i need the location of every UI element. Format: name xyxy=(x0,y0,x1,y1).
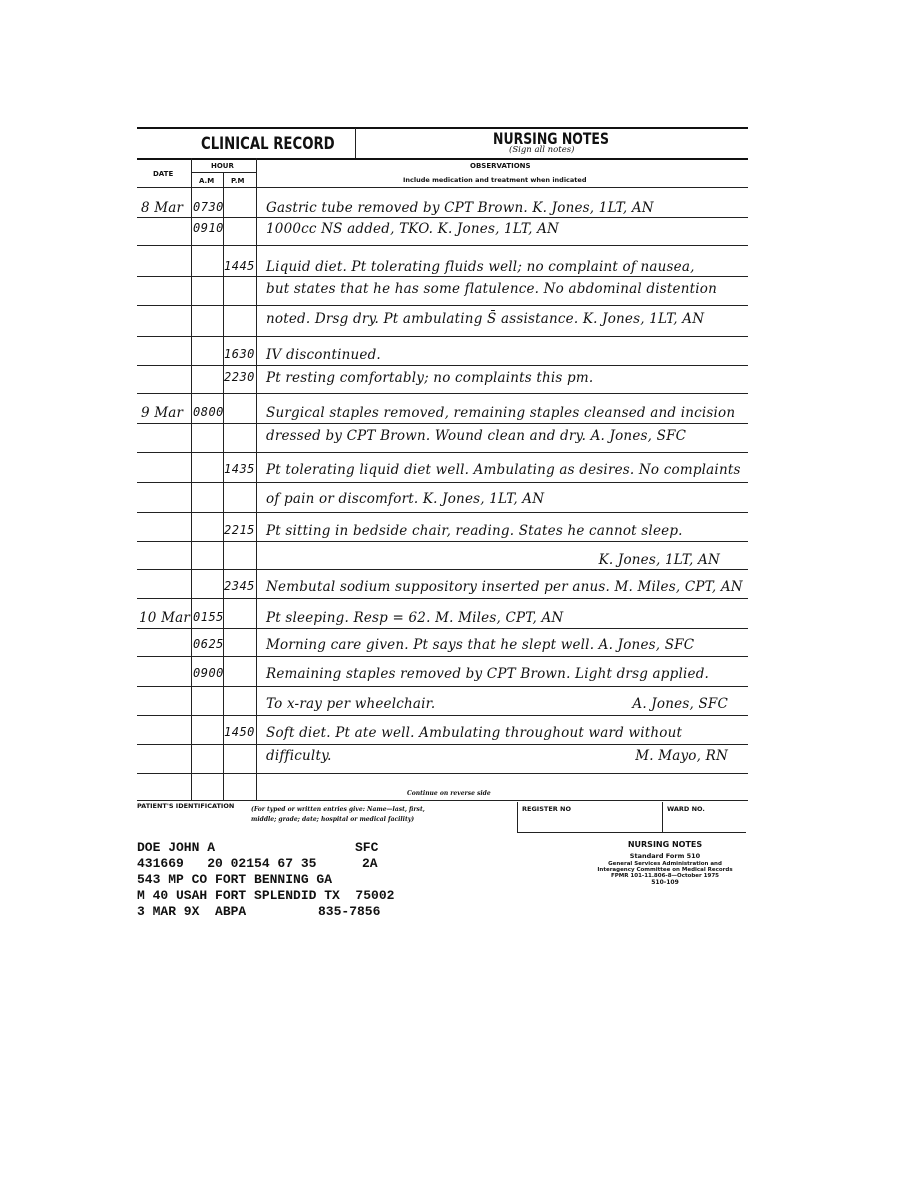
entry-observation: dressed by CPT Brown. Wound clean and dr… xyxy=(266,428,686,444)
row-divider xyxy=(137,423,748,424)
row-divider xyxy=(137,541,748,542)
ward-no-field[interactable] xyxy=(664,814,744,830)
patient-id-note-2: middle; grade; date; hospital or medical… xyxy=(251,816,414,823)
entry-hour-am: 0625 xyxy=(193,637,224,651)
entry-observation: IV discontinued. xyxy=(266,347,381,363)
entry-signature: M. Mayo, RN xyxy=(635,748,728,764)
row-divider xyxy=(137,276,748,277)
patient-id-note-1: (For typed or written entries give: Name… xyxy=(251,806,425,813)
entry-observation: but states that he has some flatulence. … xyxy=(266,281,717,297)
row-divider xyxy=(137,715,748,716)
row-divider xyxy=(137,598,748,599)
entry-hour-am: 0910 xyxy=(193,221,224,235)
row-divider xyxy=(137,365,748,366)
entry-hour-pm: 1630 xyxy=(224,347,255,361)
col-observations-label: OBSERVATIONS xyxy=(470,162,531,170)
stamp-form-no: Standard Form 510 xyxy=(580,852,750,860)
date-am-divider xyxy=(191,158,192,800)
entry-hour-pm: 2230 xyxy=(224,370,255,384)
column-header-rule xyxy=(137,187,748,188)
row-divider xyxy=(137,393,748,394)
col-pm-label: P.M xyxy=(231,177,244,185)
stamp-title: NURSING NOTES xyxy=(580,840,750,849)
patient-admit-date: 3 MAR 9X ABPA xyxy=(137,904,246,915)
entry-signature: A. Jones, SFC xyxy=(632,696,728,712)
entry-observation: Pt sitting in bedside chair, reading. St… xyxy=(266,523,683,539)
row-divider xyxy=(137,305,748,306)
col-hour-label: HOUR xyxy=(211,162,234,170)
entry-observation: Pt sleeping. Resp = 62. M. Miles, CPT, A… xyxy=(266,610,563,626)
entry-hour-pm: 2345 xyxy=(224,579,255,593)
patient-unit: 543 MP CO FORT BENNING GA xyxy=(137,872,332,887)
register-no-label: REGISTER NO xyxy=(522,805,571,813)
row-divider xyxy=(137,569,748,570)
patient-ward: 2A xyxy=(362,856,378,871)
entry-observation: Soft diet. Pt ate well. Ambulating throu… xyxy=(266,725,682,741)
register-ward-divider xyxy=(662,802,663,832)
entry-hour-am: 0730 xyxy=(193,200,224,214)
row-divider xyxy=(137,686,748,687)
form-stamp: NURSING NOTES Standard Form 510 General … xyxy=(580,840,750,886)
pm-observations-divider xyxy=(256,158,257,800)
row-divider xyxy=(137,773,748,774)
row-divider xyxy=(137,656,748,657)
entry-observation: Nembutal sodium suppository inserted per… xyxy=(266,579,743,595)
patient-name: DOE JOHN A xyxy=(137,840,215,855)
entry-observation: Pt tolerating liquid diet well. Ambulati… xyxy=(266,462,741,478)
entry-hour-pm: 1445 xyxy=(224,259,255,273)
entry-observation: To x-ray per wheelchair. xyxy=(266,696,435,712)
row-divider xyxy=(137,628,748,629)
entry-hour-pm: 1450 xyxy=(224,725,255,739)
entry-observation: Liquid diet. Pt tolerating fluids well; … xyxy=(266,259,695,275)
entry-observation: difficulty. xyxy=(266,748,332,764)
header-divider xyxy=(355,128,356,158)
entry-date: 8 Mar xyxy=(141,200,183,216)
entry-observation: of pain or discomfort. K. Jones, 1LT, AN xyxy=(266,491,544,507)
register-no-field[interactable] xyxy=(519,814,659,830)
entry-observation: Remaining staples removed by CPT Brown. … xyxy=(266,666,709,682)
entry-date: 10 Mar xyxy=(139,610,190,626)
col-am-label: A.M xyxy=(199,177,214,185)
patient-phone: 835-7856 xyxy=(318,904,380,915)
stamp-line-4: 510-109 xyxy=(580,879,750,886)
patient-id-label: PATIENT'S IDENTIFICATION xyxy=(137,802,234,810)
entry-hour-am: 0800 xyxy=(193,405,224,419)
patient-facility: M 40 USAH FORT SPLENDID TX 75002 xyxy=(137,888,394,903)
entry-hour-pm: 1435 xyxy=(224,462,255,476)
row-divider xyxy=(137,452,748,453)
row-divider xyxy=(137,336,748,337)
patient-id-number: 431669 20 02154 67 35 xyxy=(137,856,316,871)
entry-date: 9 Mar xyxy=(141,405,183,421)
row-divider xyxy=(137,245,748,246)
patient-grade: SFC xyxy=(355,840,378,855)
clinical-record-label: CLINICAL RECORD xyxy=(201,134,335,154)
entry-observation: K. Jones, 1LT, AN xyxy=(599,552,720,568)
row-divider xyxy=(137,217,748,218)
col-observations-note: Include medication and treatment when in… xyxy=(403,176,586,184)
col-date-label: DATE xyxy=(153,170,173,178)
entry-observation: Surgical staples removed, remaining stap… xyxy=(266,405,735,421)
form-top-border xyxy=(137,127,748,129)
form-subtitle: (Sign all notes) xyxy=(509,145,574,155)
entry-observation: Gastric tube removed by CPT Brown. K. Jo… xyxy=(266,200,654,216)
entry-hour-am: 0155 xyxy=(193,610,224,624)
continue-note: Continue on reverse side xyxy=(407,790,491,797)
entry-observation: Morning care given. Pt says that he slep… xyxy=(266,637,694,653)
entry-hour-pm: 2215 xyxy=(224,523,255,537)
row-divider xyxy=(137,512,748,513)
ward-no-label: WARD NO. xyxy=(667,805,705,813)
entry-observation: noted. Drsg dry. Pt ambulating S̄ assist… xyxy=(266,311,704,327)
entry-hour-am: 0900 xyxy=(193,666,224,680)
header-rule xyxy=(137,158,748,160)
row-divider xyxy=(137,482,748,483)
row-divider xyxy=(137,744,748,745)
entry-observation: 1000cc NS added, TKO. K. Jones, 1LT, AN xyxy=(266,221,559,237)
table-bottom-rule xyxy=(137,800,748,801)
entry-observation: Pt resting comfortably; no complaints th… xyxy=(266,370,593,386)
